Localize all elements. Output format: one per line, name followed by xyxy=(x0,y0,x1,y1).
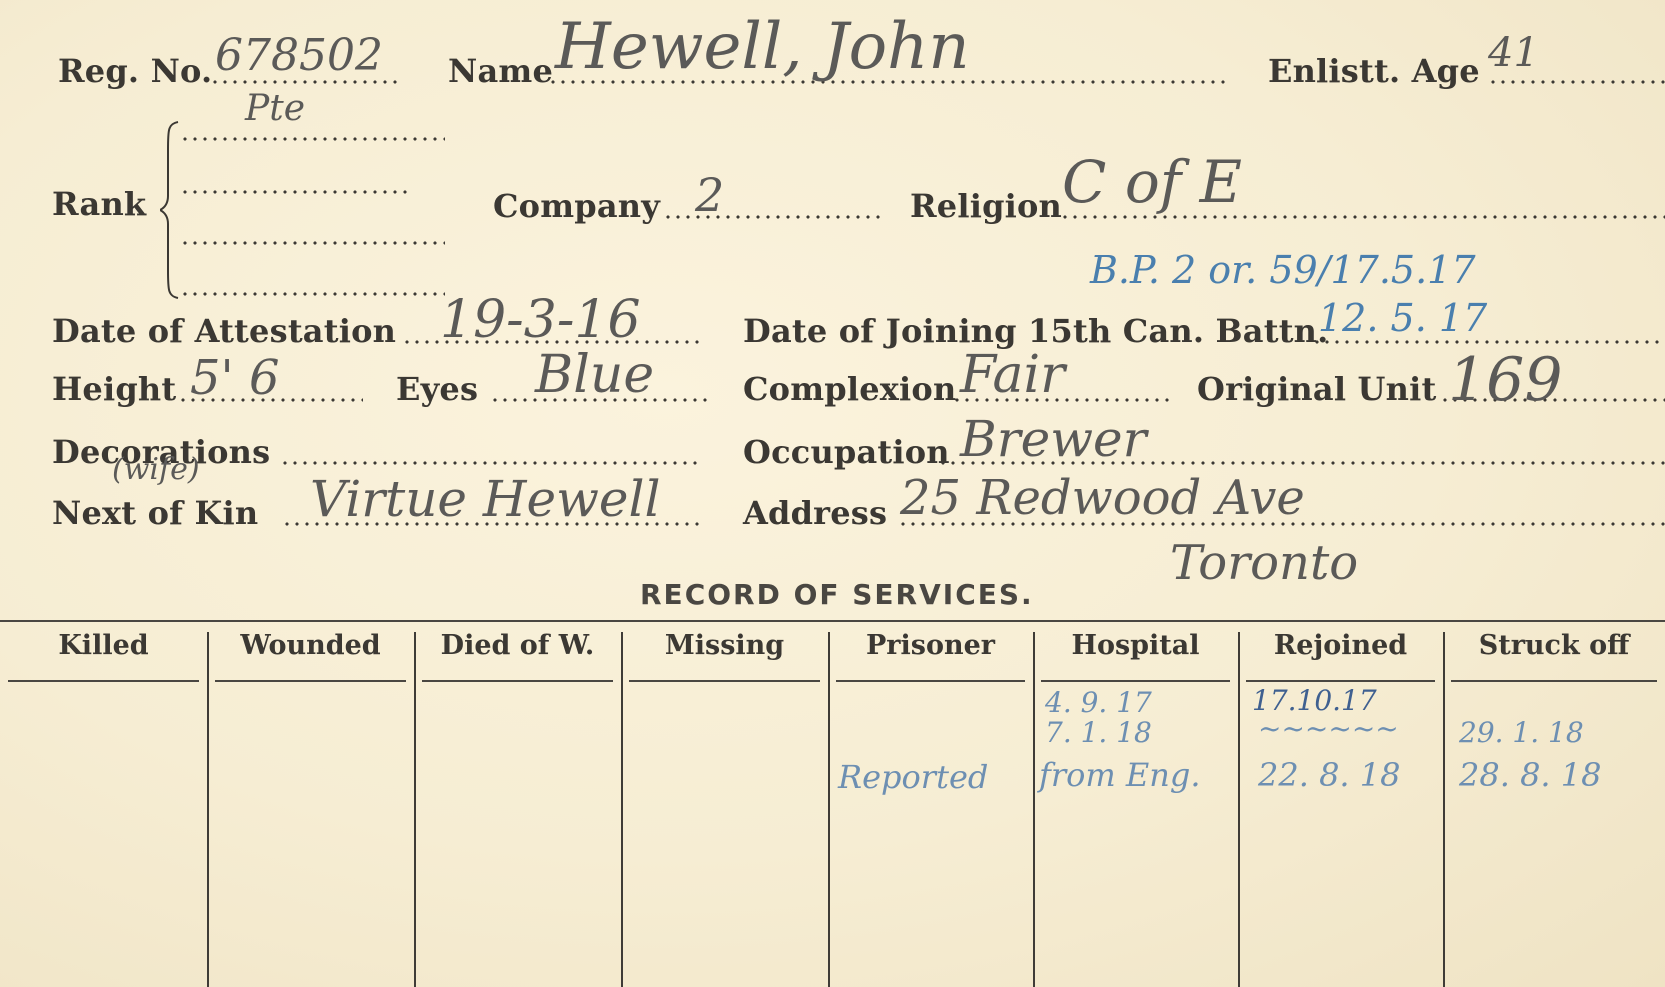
eyes-label: Eyes xyxy=(396,370,478,408)
column-header-hospital: Hospital xyxy=(1033,630,1238,661)
company-label: Company xyxy=(493,187,660,225)
rank-line-4 xyxy=(180,292,445,296)
column-struck-off: Struck off 29. 1. 18 28. 8. 18 xyxy=(1443,620,1665,987)
original-unit-value: 169 xyxy=(1448,345,1563,415)
enlist-age-label: Enlistt. Age xyxy=(1268,52,1480,90)
occupation-label: Occupation xyxy=(743,433,950,471)
column-hospital: Hospital 4. 9. 17 7. 1. 18 from Eng. xyxy=(1033,620,1238,987)
column-divider xyxy=(621,632,623,987)
joining-value: 12. 5. 17 xyxy=(1318,296,1487,340)
reg-no-label: Reg. No. xyxy=(58,52,212,90)
record-table: Killed Wounded Died of W. Missing Prison… xyxy=(0,620,1665,987)
rank-brace xyxy=(160,120,184,300)
column-header-missing: Missing xyxy=(621,630,828,661)
column-header-wounded: Wounded xyxy=(207,630,414,661)
header-rule xyxy=(1246,680,1435,682)
column-header-died-of-wounds: Died of W. xyxy=(414,630,621,661)
struck-off-entry-1: 29. 1. 18 xyxy=(1459,716,1584,749)
struck-off-entry-2: 28. 8. 18 xyxy=(1459,756,1601,794)
complexion-value: Fair xyxy=(960,345,1065,405)
rank-label: Rank xyxy=(52,185,146,223)
attestation-value: 19-3-16 xyxy=(440,290,641,350)
address-value: 25 Redwood Ave xyxy=(900,470,1305,526)
header-rule xyxy=(629,680,820,682)
attestation-label: Date of Attestation xyxy=(52,312,396,350)
rank-line-1 xyxy=(180,137,445,141)
annotation-note: B.P. 2 or. 59/17.5.17 xyxy=(1090,248,1476,292)
rank-line-2 xyxy=(180,190,410,194)
eyes-value: Blue xyxy=(535,345,654,405)
column-killed: Killed xyxy=(0,620,207,987)
column-header-killed: Killed xyxy=(0,630,207,661)
header-rule xyxy=(422,680,613,682)
height-value: 5' 6 xyxy=(190,350,280,406)
column-rejoined: Rejoined 17.10.17 ~~~~~~ 22. 8. 18 xyxy=(1238,620,1443,987)
column-divider xyxy=(1443,632,1445,987)
religion-value: C of E xyxy=(1062,148,1242,216)
column-divider xyxy=(1033,632,1035,987)
record-of-services-title: RECORD OF SERVICES. xyxy=(640,578,1034,611)
hospital-entry-3: from Eng. xyxy=(1039,756,1201,794)
religion-label: Religion xyxy=(910,187,1062,225)
enlist-age-value: 41 xyxy=(1488,30,1539,76)
next-of-kin-label: Next of Kin xyxy=(52,494,258,532)
reg-no-value: 678502 xyxy=(215,30,383,81)
column-divider xyxy=(414,632,416,987)
rejoined-entry-3: 22. 8. 18 xyxy=(1258,756,1400,794)
next-of-kin-value: Virtue Hewell xyxy=(310,470,660,528)
height-label: Height xyxy=(52,370,176,408)
company-value: 2 xyxy=(695,168,724,222)
rejoined-entry-2: ~~~~~~ xyxy=(1258,712,1399,745)
column-died-of-wounds: Died of W. xyxy=(414,620,621,987)
original-unit-label: Original Unit xyxy=(1197,370,1436,408)
column-divider xyxy=(828,632,830,987)
prisoner-entry: Reported xyxy=(838,758,988,796)
name-label: Name xyxy=(448,52,553,90)
joining-dots xyxy=(1312,340,1665,344)
column-divider xyxy=(1238,632,1240,987)
decorations-dots xyxy=(280,461,700,465)
header-rule xyxy=(215,680,406,682)
column-header-struck-off: Struck off xyxy=(1443,630,1665,661)
hospital-entry-1: 4. 9. 17 xyxy=(1045,686,1152,719)
address-city: Toronto xyxy=(1170,535,1358,591)
column-prisoner: Prisoner Reported xyxy=(828,620,1033,987)
name-value: Hewell, John xyxy=(555,10,970,84)
rank-note: Pte xyxy=(245,88,305,129)
service-record-card: Reg. No. 678502 Pte Name Hewell, John En… xyxy=(0,0,1665,987)
column-wounded: Wounded xyxy=(207,620,414,987)
address-label: Address xyxy=(743,494,887,532)
enlist-age-dots xyxy=(1488,80,1665,84)
header-rule xyxy=(1451,680,1657,682)
rank-line-3 xyxy=(180,241,445,245)
hospital-entry-2: 7. 1. 18 xyxy=(1045,716,1152,749)
column-missing: Missing xyxy=(621,620,828,987)
header-rule xyxy=(1041,680,1230,682)
header-rule xyxy=(8,680,199,682)
complexion-label: Complexion xyxy=(743,370,956,408)
header-rule xyxy=(836,680,1025,682)
next-of-kin-relation: (wife) xyxy=(112,452,200,487)
occupation-value: Brewer xyxy=(960,410,1147,468)
column-divider xyxy=(207,632,209,987)
column-header-prisoner: Prisoner xyxy=(828,630,1033,661)
column-header-rejoined: Rejoined xyxy=(1238,630,1443,661)
